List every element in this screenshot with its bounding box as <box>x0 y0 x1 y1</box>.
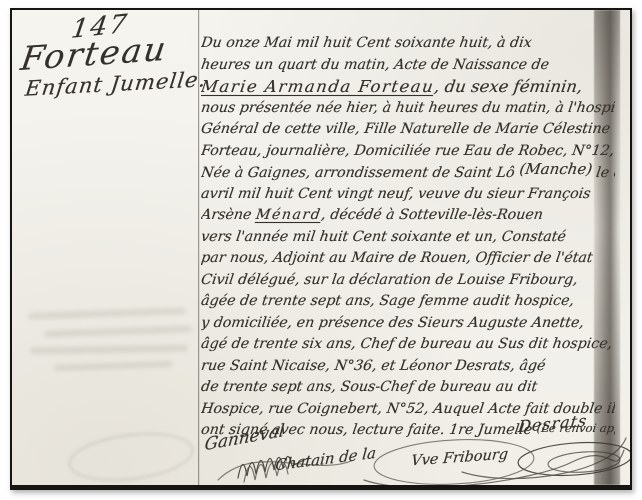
manche-insert: (Manche) <box>518 160 593 178</box>
text-line: Général de cette ville, Fille Naturelle … <box>201 119 615 141</box>
bleed-through-line <box>54 361 172 371</box>
binding-gutter-shadow <box>594 10 620 485</box>
child-name-line: Marie Armanda Forteau, du sexe féminin, <box>201 76 615 98</box>
text-line: Du onze Mai mil huit Cent soixante huit,… <box>201 33 615 55</box>
scanned-document-page: { "scan": { "margin": { "act_number": "1… <box>0 0 642 500</box>
text-line: Forteau, journalière, Domiciliée rue Eau… <box>201 141 615 163</box>
text-line: âgé de trente six ans, Chef de bureau au… <box>201 334 615 356</box>
act-body-text: Du onze Mai mil huit Cent soixante huit,… <box>201 33 615 445</box>
bleed-through-stamp <box>66 426 197 487</box>
signature-chatain: Chatain de la <box>275 444 377 475</box>
text-line: Civil délégué, sur la déclaration de Lou… <box>201 270 615 292</box>
text-line: Née à Gaignes, arrondissement de Saint L… <box>201 162 615 184</box>
document-scan: 147 Forteau Enfant Jumelle. Du onze Mai … <box>10 8 632 490</box>
bleed-through-line <box>30 345 188 355</box>
text-line: nous présentée née hier, à huit heures d… <box>201 98 615 120</box>
text-line: rue Saint Nicaise, N°36, et Léonor Desra… <box>201 356 615 378</box>
text-line: de trente sept ans, Sous-Chef de bureau … <box>201 377 615 399</box>
text-line: âgée de trente sept ans, Sage femme audi… <box>201 291 615 313</box>
bleed-through-line <box>28 307 186 320</box>
text-line: heures un quart du matin, Acte de Naissa… <box>201 55 615 77</box>
text-line: par nous, Adjoint au Maire de Rouen, Off… <box>201 248 615 270</box>
text-line: vers l'année mil huit Cent soixante et u… <box>201 227 615 249</box>
text-line: y domiciliée, en présence des Sieurs Aug… <box>201 313 615 335</box>
text-line: avril mil huit Cent vingt neuf, veuve du… <box>201 184 615 206</box>
margin-rule-line <box>198 10 199 485</box>
bleed-through-line <box>44 325 192 337</box>
signature-fribourg: Vve Fribourg <box>410 447 509 470</box>
child-name: Marie Armanda Forteau <box>201 77 436 96</box>
text-line: Arsène Ménard, décédé à Sotteville-lès-R… <box>201 205 615 227</box>
menard-name: Ménard <box>255 207 323 223</box>
